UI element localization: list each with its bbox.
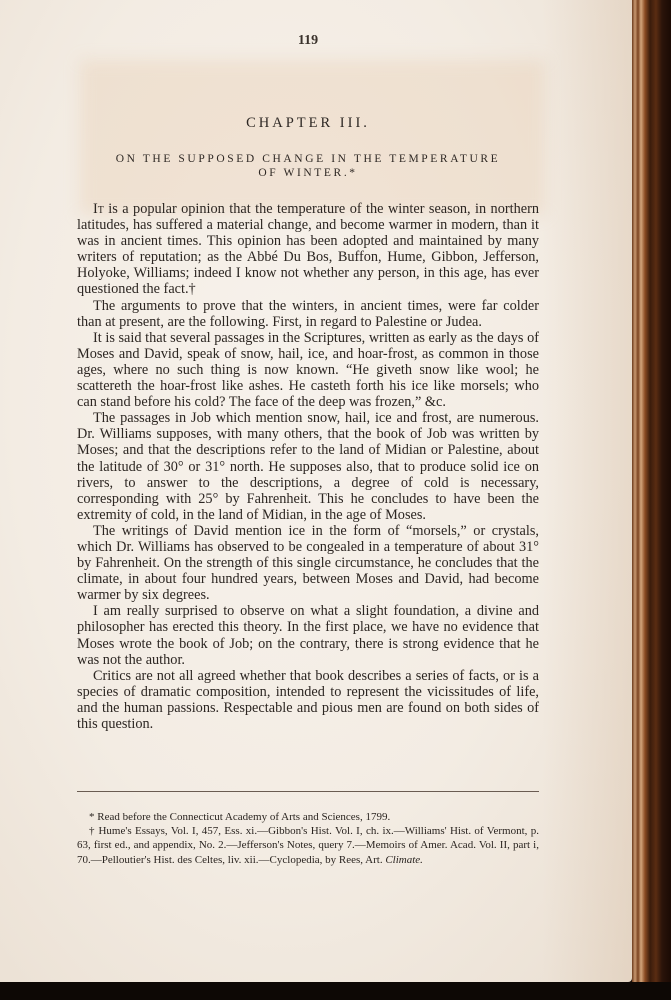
paragraph-1: It is a popular opinion that the tempera…: [77, 201, 539, 298]
chapter-subtitle-line-1: ON THE SUPPOSED CHANGE IN THE TEMPERATUR…: [77, 152, 539, 166]
paragraph-6: I am really surprised to observe on what…: [77, 603, 539, 667]
paragraph-4: The passages in Job which mention snow, …: [77, 410, 539, 523]
paragraph-lead: It: [93, 201, 104, 217]
body-text: It is a popular opinion that the tempera…: [77, 201, 539, 732]
book-page: 119 CHAPTER III. ON THE SUPPOSED CHANGE …: [0, 0, 632, 982]
background-surface: [0, 982, 671, 1000]
footnote-star: * Read before the Connecticut Academy of…: [77, 810, 539, 824]
footnote-dagger-text: † Hume's Essays, Vol. I, 457, Ess. xi.—G…: [77, 825, 539, 865]
chapter-title: CHAPTER III.: [77, 115, 539, 132]
footnote-dagger: † Hume's Essays, Vol. I, 457, Ess. xi.—G…: [77, 824, 539, 867]
footnote-divider: [77, 791, 539, 792]
paragraph-5: The writings of David mention ice in the…: [77, 523, 539, 603]
paragraph-3: It is said that several passages in the …: [77, 330, 539, 410]
paragraph-2: The arguments to prove that the winters,…: [77, 298, 539, 330]
paragraph-text: is a popular opinion that the temperatur…: [77, 201, 539, 297]
chapter-subtitle: ON THE SUPPOSED CHANGE IN THE TEMPERATUR…: [77, 152, 539, 180]
chapter-subtitle-line-2: OF WINTER.*: [77, 166, 539, 180]
footnote-dagger-italic: Climate.: [385, 854, 423, 866]
book-binding-edge: [632, 0, 671, 1000]
footnotes: * Read before the Connecticut Academy of…: [77, 810, 539, 867]
page-number: 119: [77, 33, 539, 49]
paragraph-7: Critics are not all agreed whether that …: [77, 668, 539, 732]
